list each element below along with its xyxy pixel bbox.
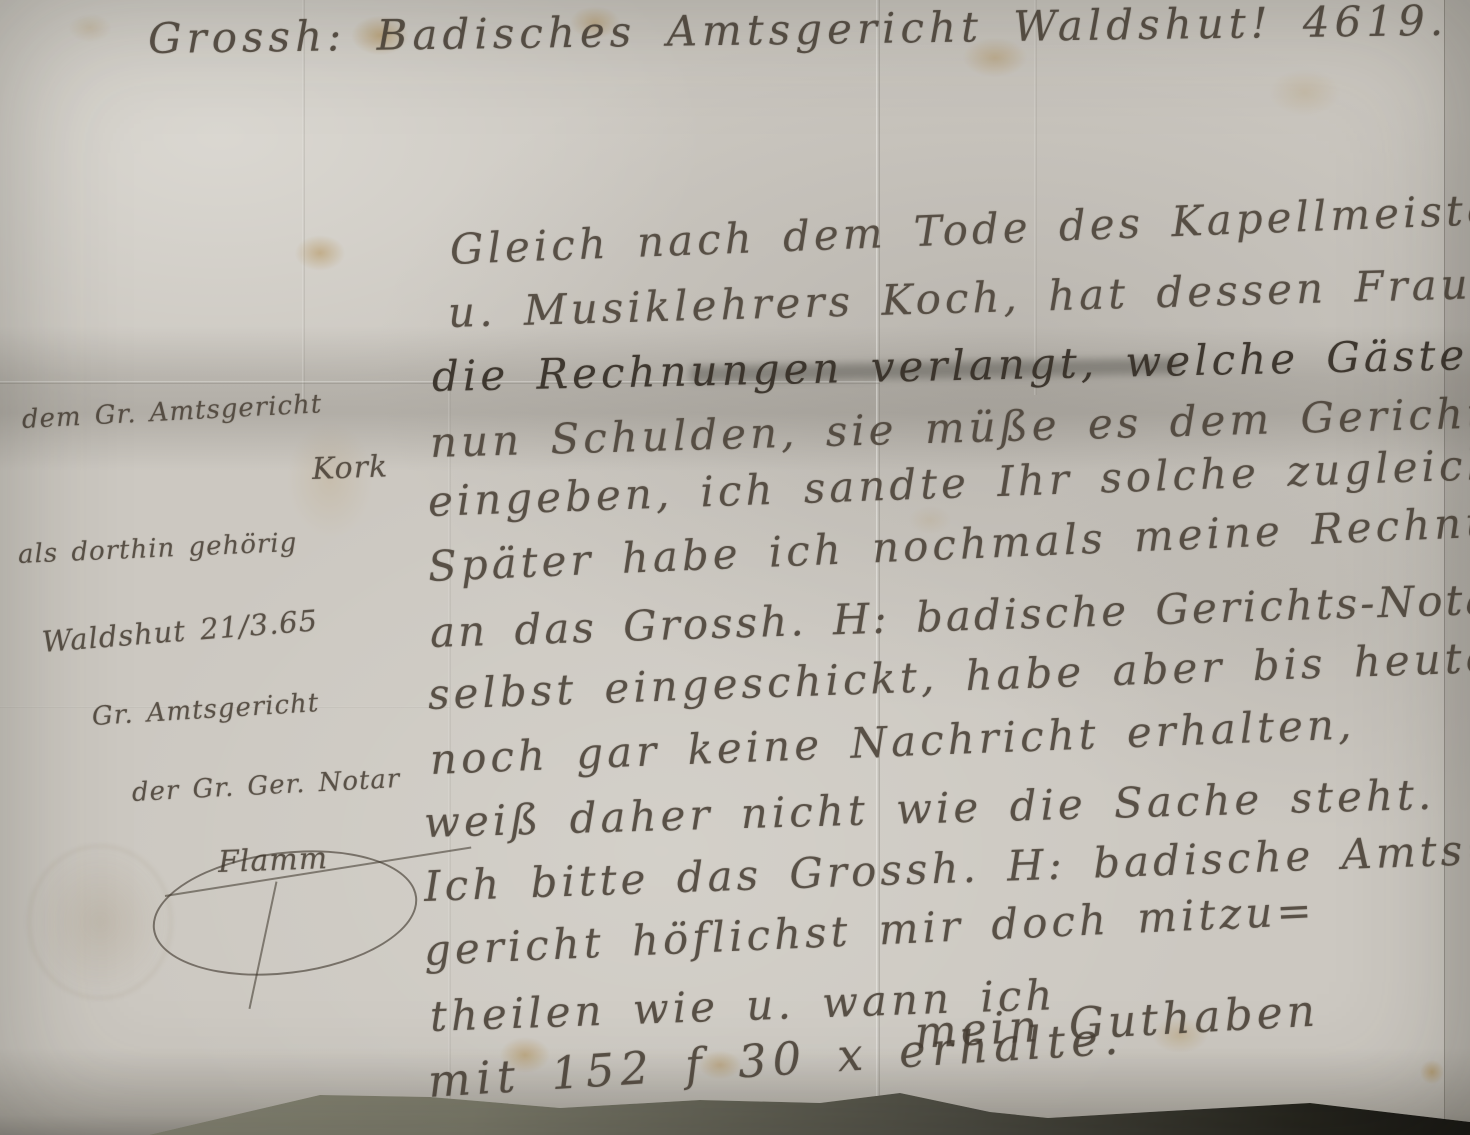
margin-sender-line-2: der Gr. Ger. Notar: [131, 764, 401, 808]
embossed-seal: [28, 845, 172, 999]
stain: [285, 228, 355, 278]
fold-crease-vertical: [1034, 0, 1037, 395]
stain: [60, 8, 120, 48]
photograph-of-letter: Grossh: Badisches Amtsgericht Waldshut! …: [0, 0, 1470, 1135]
margin-sender-line-1: Gr. Amtsgericht: [91, 688, 320, 732]
margin-address-line-2: Kork: [311, 449, 388, 487]
stain: [1415, 1055, 1449, 1089]
stain: [1255, 60, 1355, 125]
body-line: u. Musiklehrers Koch, hat dessen Frau: [447, 259, 1470, 337]
paper-sheet: Grossh: Badisches Amtsgericht Waldshut! …: [0, 0, 1470, 1135]
header-line: Grossh: Badisches Amtsgericht Waldshut! …: [148, 0, 1449, 63]
margin-dateline: Waldshut 21/3.65: [41, 603, 320, 659]
margin-routing-note: als dorthin gehörig: [17, 528, 298, 570]
paper-right-fold-edge: [1444, 0, 1470, 1135]
body-line: die Rechnungen verlangt, welche Gäste: [431, 330, 1468, 401]
body-line: Gleich nach dem Tode des Kapellmeister: [449, 184, 1470, 274]
signature-flourish-oval: [146, 836, 425, 990]
margin-address-line-1: dem Gr. Amtsgericht: [21, 389, 323, 435]
